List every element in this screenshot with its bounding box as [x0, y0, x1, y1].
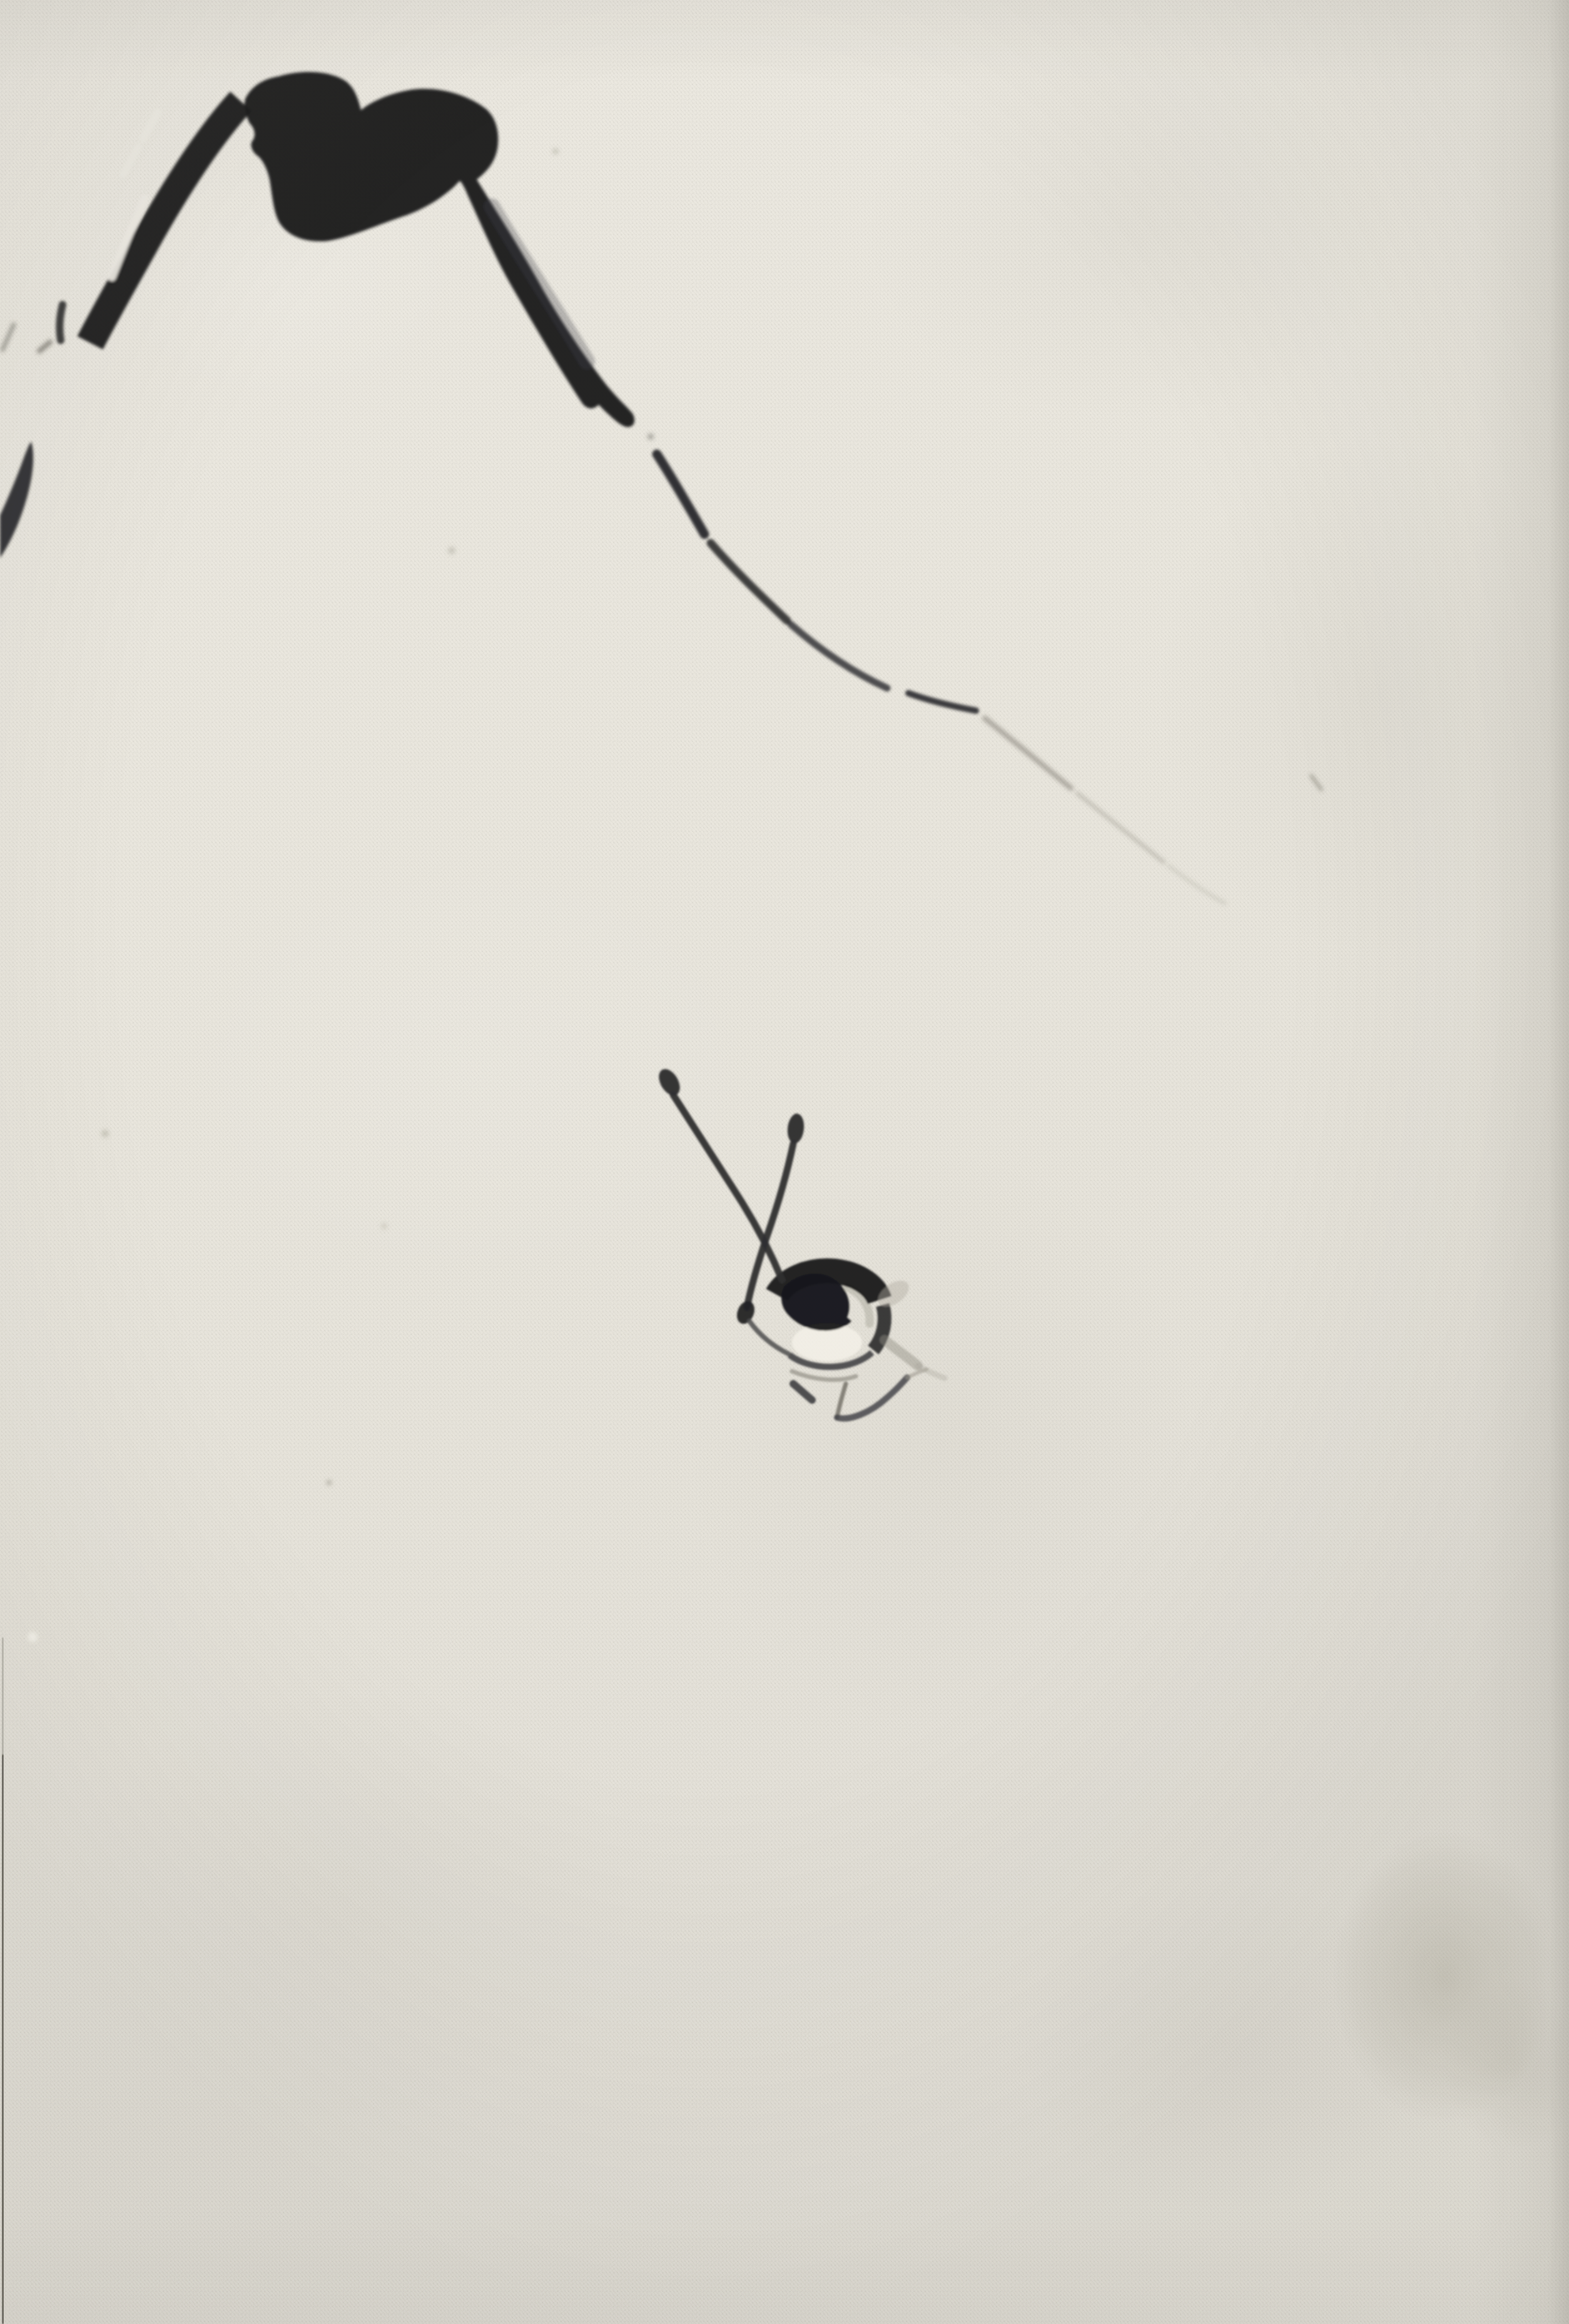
paper-fleck-right — [1311, 776, 1321, 789]
bird-foot-dash — [793, 1384, 812, 1400]
left-edge-tick — [3, 325, 14, 350]
ink-painting-svg — [0, 0, 1569, 2324]
bird-shoulder-blob — [734, 1299, 758, 1327]
summit-stroke-sheen — [492, 206, 587, 362]
paper-speck-1 — [552, 148, 559, 155]
right-ridge-fade-1 — [985, 718, 1071, 788]
bird-breast-link — [749, 1321, 788, 1354]
bird-tail-feather-left — [673, 1095, 782, 1280]
left-ridge-drybrush-sliver-2 — [123, 147, 138, 175]
bird-tail-feather-left-tip — [654, 1065, 684, 1099]
paper-speck-5 — [327, 1480, 332, 1485]
artwork-photo — [0, 0, 1569, 2324]
right-ridge-segment-3 — [791, 624, 887, 688]
paper-white-fleck — [28, 1632, 38, 1642]
bird-leg-stroke — [837, 1384, 846, 1418]
left-ridge-stroke — [90, 101, 241, 343]
right-ridge-fade-3 — [1169, 866, 1225, 903]
paper-speck-4 — [381, 1223, 387, 1229]
right-ridge-segment-4 — [908, 693, 976, 711]
bird-tail-feather-right-tip — [786, 1113, 806, 1144]
paper-edge-layer — [3, 1639, 3, 2324]
left-ridge-side-dash — [59, 305, 63, 340]
paper-speck-2 — [448, 547, 455, 554]
lower-left-ridge-stroke — [0, 442, 33, 558]
left-ridge-fleck — [39, 342, 50, 351]
left-ridge-drybrush-sliver-1 — [143, 113, 158, 138]
ink-strokes-layer — [0, 72, 976, 711]
right-ridge-fade-2 — [1077, 793, 1164, 862]
peak-summit-mass — [245, 72, 634, 427]
left-paper-edge-line — [3, 1755, 3, 2324]
ridge-gap-dot — [647, 434, 654, 440]
bird-wing-smudge — [885, 1340, 918, 1366]
bird-figure-layer — [654, 1065, 945, 1418]
faint-marks-layer — [3, 148, 1321, 1642]
bird-underline — [792, 1371, 856, 1380]
paper-speck-3 — [101, 1130, 109, 1137]
right-ridge-segment-1 — [657, 454, 704, 534]
right-ridge-segment-2 — [711, 543, 787, 621]
